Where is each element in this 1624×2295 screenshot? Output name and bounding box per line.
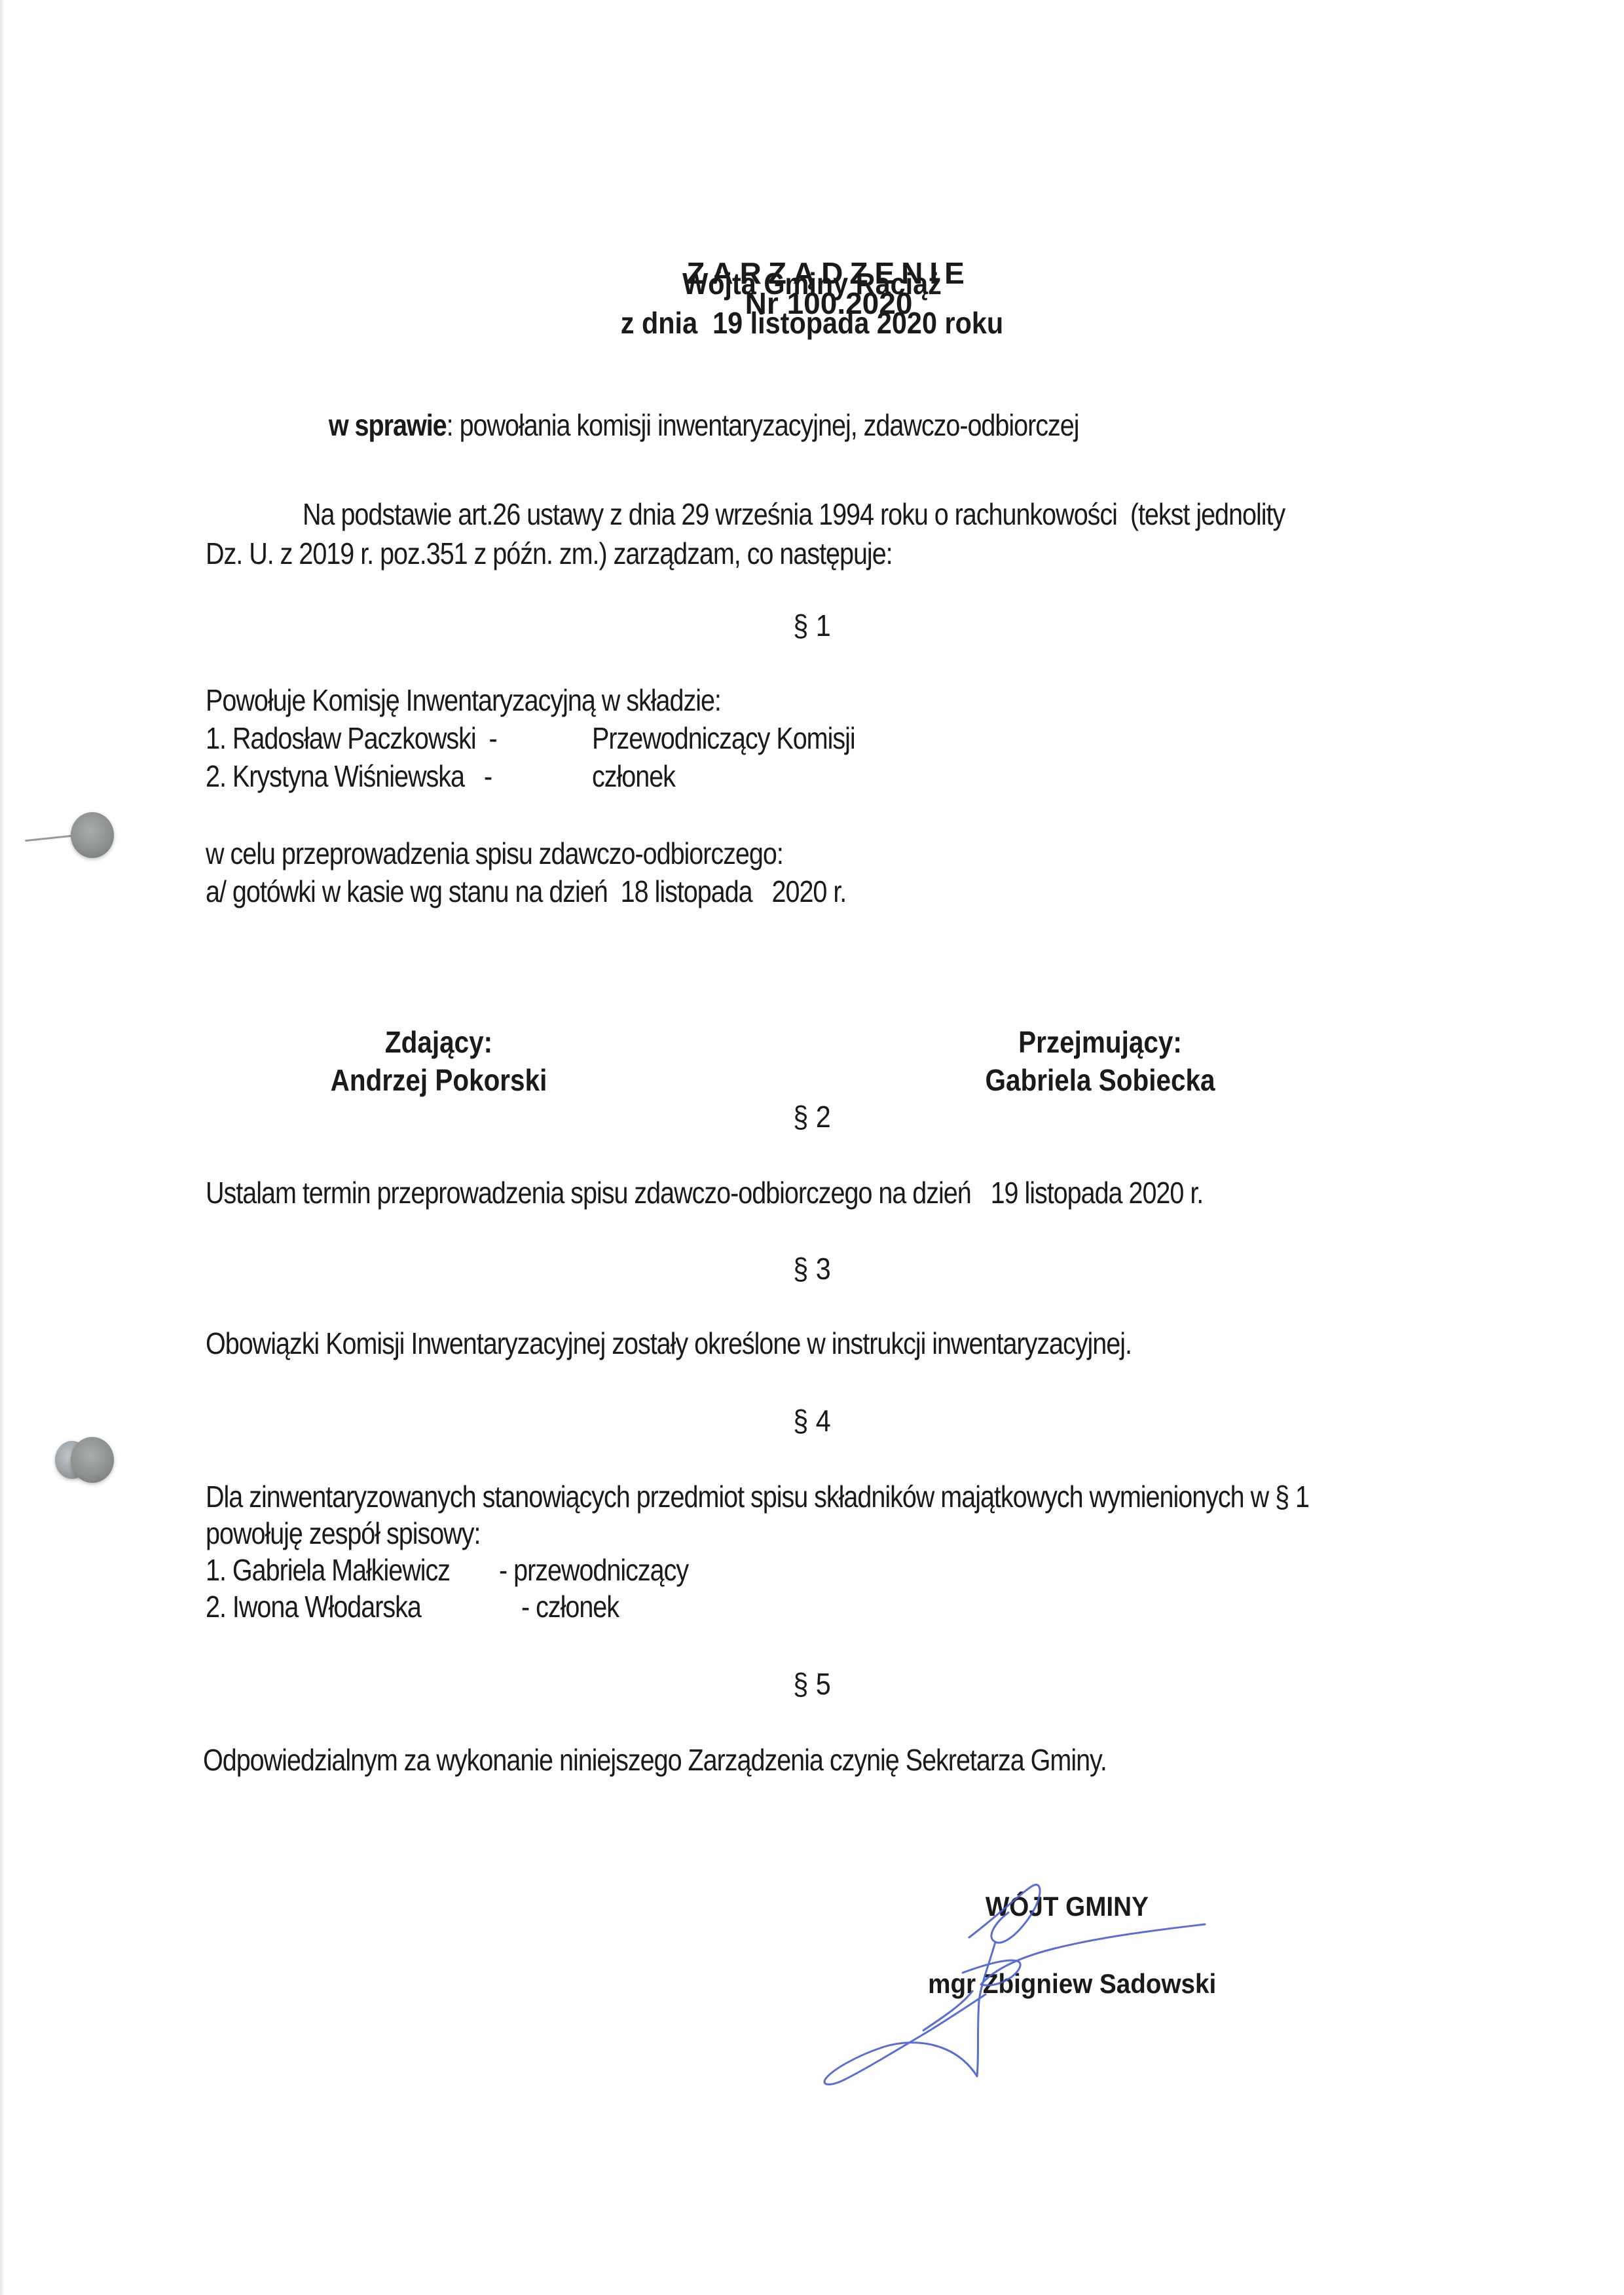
team-member-1-role: - przewodniczący <box>499 1555 688 1585</box>
punch-tear <box>25 834 77 842</box>
subject-label: w sprawie <box>329 408 447 442</box>
section-mark-2: § 2 <box>81 1102 1543 1132</box>
receiver-name: Gabriela Sobiecka <box>973 1065 1227 1095</box>
section-mark-4: § 4 <box>81 1406 1543 1436</box>
team-member-1-name: 1. Gabriela Małkiewicz <box>206 1555 450 1585</box>
preamble-line-1: Na podstawie art.26 ustawy z dnia 29 wrz… <box>303 499 1285 529</box>
member-1-role: Przewodniczący Komisji <box>592 723 855 753</box>
member-2-name: 2. Krystyna Wiśniewska - <box>206 761 492 791</box>
giver-name: Andrzej Pokorski <box>312 1065 565 1095</box>
section-5-text: Odpowiedzialnym za wykonanie niniejszego… <box>203 1745 1107 1775</box>
receiver-label: Przejmujący: <box>973 1027 1227 1057</box>
subject-colon: : <box>447 408 453 442</box>
commission-intro: Powołuje Komisję Inwentaryzacyjną w skła… <box>206 685 721 715</box>
section-4-line-1: Dla zinwentaryzowanych stanowiących prze… <box>206 1482 1309 1512</box>
section-mark-1: § 1 <box>81 610 1543 641</box>
issue-date: z dnia 19 listopada 2020 roku <box>81 308 1543 338</box>
section-4-line-2: powołuję zespół spisowy: <box>206 1518 480 1548</box>
handwritten-signature <box>805 1860 1303 2122</box>
section-mark-5: § 5 <box>81 1669 1543 1699</box>
subject-text: powołania komisji inwentaryzacyjnej, zda… <box>453 408 1079 442</box>
team-member-2-name: 2. Iwona Włodarska <box>206 1592 421 1622</box>
punch-hole-icon <box>71 812 114 858</box>
document-page: ZARZĄDZENIE Nr 100.2020 Wójta Gminy Raci… <box>0 0 1624 2295</box>
member-1-name: 1. Radosław Paczkowski - <box>206 723 497 753</box>
subject-line: w sprawie: powołania komisji inwentaryza… <box>303 380 1079 470</box>
member-2-role: członek <box>592 761 675 791</box>
team-member-2-role: - członek <box>521 1592 619 1622</box>
purpose-line-2: a/ gotówki w kasie wg stanu na dzień 18 … <box>206 876 846 906</box>
section-2-text: Ustalam termin przeprowadzenia spisu zda… <box>206 1178 1203 1208</box>
section-3-text: Obowiązki Komisji Inwentaryzacyjnej zost… <box>206 1328 1132 1358</box>
issuer: Wójta Gminy Raciąż <box>81 269 1543 299</box>
giver-label: Zdający: <box>312 1027 565 1057</box>
punch-hole-icon <box>71 1437 114 1483</box>
purpose-line-1: w celu przeprowadzenia spisu zdawczo-odb… <box>206 838 783 868</box>
preamble-line-2: Dz. U. z 2019 r. poz.351 z późn. zm.) za… <box>206 538 893 569</box>
section-mark-3: § 3 <box>81 1254 1543 1284</box>
